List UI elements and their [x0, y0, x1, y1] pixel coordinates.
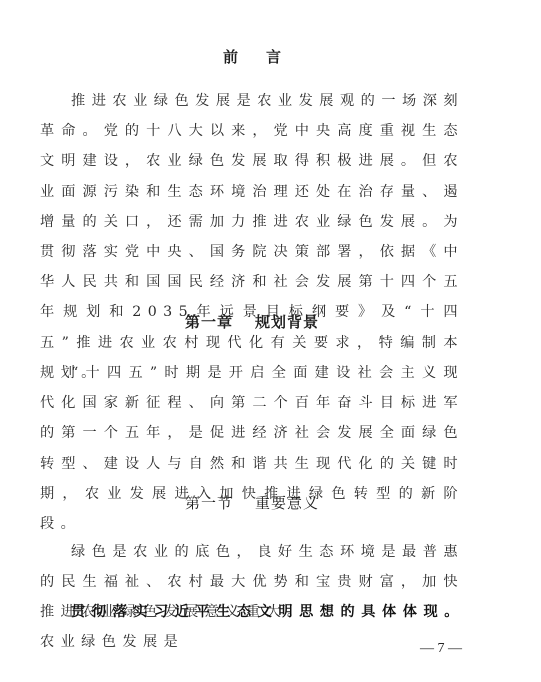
chapter-title: 规划背景 — [255, 313, 319, 331]
preface-heading-char-2: 言 — [266, 48, 309, 66]
preface-heading: 前言 — [40, 46, 464, 67]
section-number: 第一节 — [185, 494, 233, 512]
section-lead-paragraph: 贯彻落实习近平生态文明思想的具体体现。农业绿色发展是 — [40, 597, 464, 657]
lead-bold-text: 贯彻落实习近平生态文明思想的具体体现。 — [71, 604, 464, 620]
section-heading: 第一节重要意义 — [40, 492, 464, 513]
lead-rest-text: 农业绿色发展是 — [40, 634, 184, 650]
page-number: — 7 — — [420, 641, 462, 657]
chapter-heading: 第一章规划背景 — [40, 311, 464, 332]
section-title: 重要意义 — [255, 494, 319, 512]
preface-paragraph: 推进农业绿色发展是农业发展观的一场深刻革命。党的十八大以来，党中央高度重视生态文… — [40, 86, 464, 388]
preface-heading-char-1: 前 — [223, 48, 266, 66]
chapter-number: 第一章 — [185, 313, 233, 331]
